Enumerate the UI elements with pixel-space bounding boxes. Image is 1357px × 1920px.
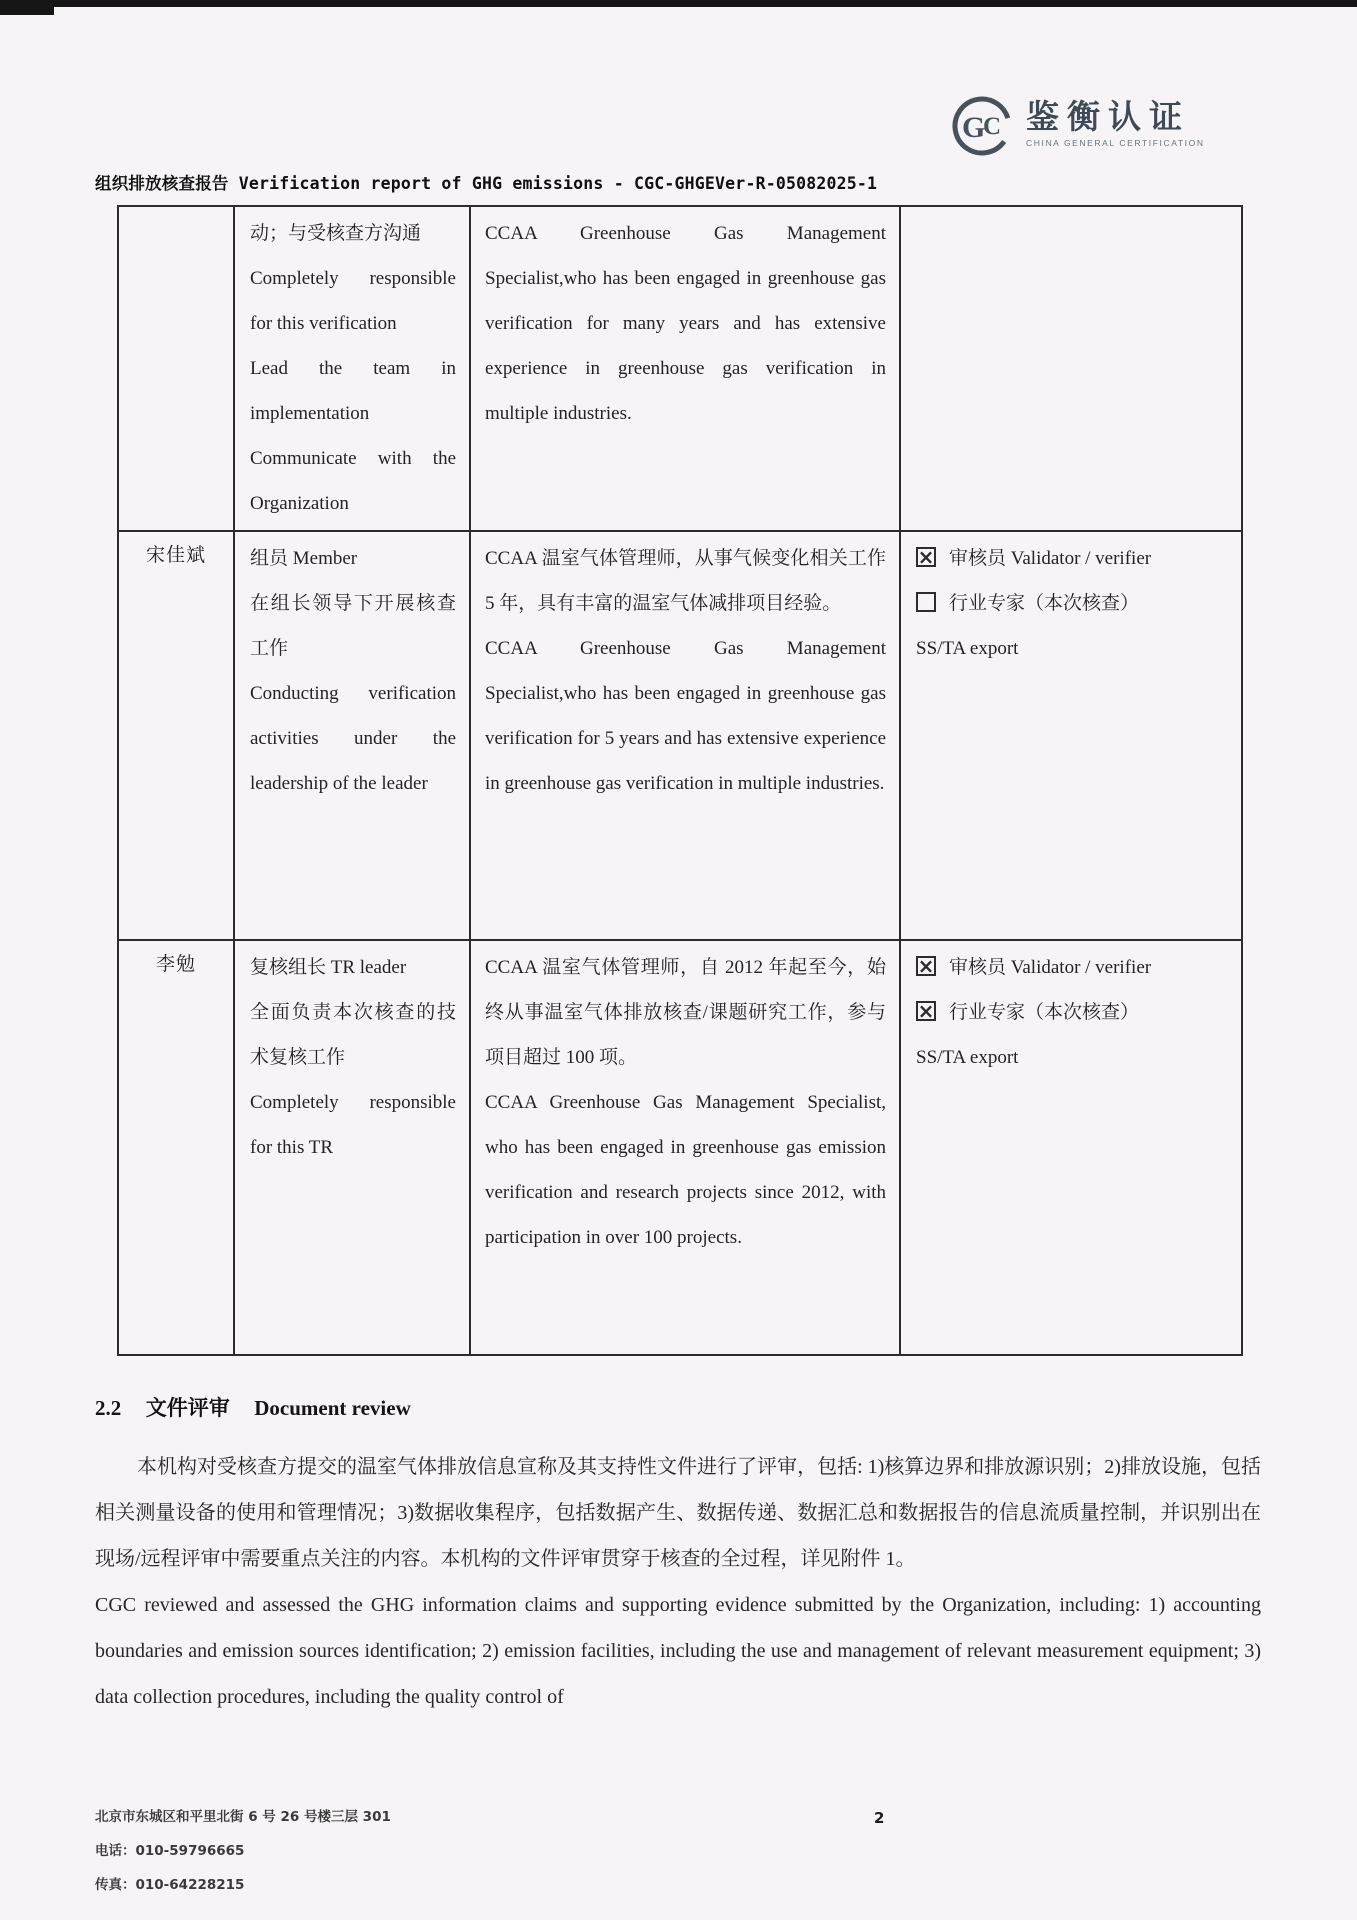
- gc-logo-icon: G C: [950, 94, 1014, 158]
- paragraph-en: CGC reviewed and assessed the GHG inform…: [95, 1582, 1261, 1720]
- member-qualification-cell: CCAA Greenhouse Gas Management Specialis…: [470, 206, 900, 531]
- table-row: 李勉 复核组长 TR leader 全面负责本次核查的技术复核工作 Comple…: [118, 940, 1242, 1355]
- qualification-paragraph: CCAA 温室气体管理师，从事气候变化相关工作 5 年，具有丰富的温室气体减排项…: [485, 536, 886, 626]
- member-designation-cell: 审核员 Validator / verifier 行业专家（本次核查） SS/T…: [900, 940, 1242, 1355]
- member-designation-cell: 审核员 Validator / verifier 行业专家（本次核查） SS/T…: [900, 531, 1242, 940]
- designation-line: 审核员 Validator / verifier: [916, 945, 1231, 990]
- qualification-paragraph: CCAA Greenhouse Gas Management Specialis…: [485, 211, 886, 436]
- role-paragraph: Lead the team in implementation: [250, 346, 456, 436]
- member-role-cell: 组员 Member 在组长领导下开展核查工作 Conducting verifi…: [234, 531, 470, 940]
- member-role-cell: 复核组长 TR leader 全面负责本次核查的技术复核工作 Completel…: [234, 940, 470, 1355]
- designation-label: SS/TA export: [916, 638, 1018, 659]
- role-paragraph: 复核组长 TR leader: [250, 945, 456, 990]
- member-designation-cell: [900, 206, 1242, 531]
- page-number: 2: [874, 1809, 884, 1827]
- footer: 北京市东城区和平里北街 6 号 26 号楼三层 301 电话：010-59796…: [95, 1800, 391, 1902]
- designation-line: SS/TA export: [916, 1035, 1231, 1080]
- scan-edge-corner: [0, 0, 54, 15]
- designation-line: 行业专家（本次核查）: [916, 990, 1231, 1035]
- section-title-zh: 文件评审: [146, 1396, 230, 1420]
- designation-line: 审核员 Validator / verifier: [916, 536, 1231, 581]
- logo-subtitle: CHINA GENERAL CERTIFICATION: [1026, 138, 1205, 148]
- logo-name: 鉴衡认证: [1026, 100, 1205, 133]
- footer-phone: 电话：010-59796665: [95, 1834, 391, 1868]
- team-table: 动；与受核查方沟通 Completely responsible for thi…: [117, 205, 1243, 1356]
- role-paragraph: 在组长领导下开展核查工作: [250, 581, 456, 671]
- member-role-cell: 动；与受核查方沟通 Completely responsible for thi…: [234, 206, 470, 531]
- designation-label: SS/TA export: [916, 1047, 1018, 1068]
- designation-label: 审核员 Validator / verifier: [949, 548, 1151, 569]
- role-paragraph: 全面负责本次核查的技术复核工作: [250, 990, 456, 1080]
- member-name-cell: [118, 206, 234, 531]
- section-document-review: 2.2 文件评审 Document review 本机构对受核查方提交的温室气体…: [95, 1392, 1261, 1720]
- member-qualification-cell: CCAA 温室气体管理师，从事气候变化相关工作 5 年，具有丰富的温室气体减排项…: [470, 531, 900, 940]
- qualification-paragraph: CCAA 温室气体管理师，自 2012 年起至今，始终从事温室气体排放核查/课题…: [485, 945, 886, 1080]
- checkbox-icon: [916, 547, 936, 567]
- checkbox-icon: [916, 956, 936, 976]
- member-name-cell: 宋佳斌: [118, 531, 234, 940]
- footer-fax: 传真：010-64228215: [95, 1868, 391, 1902]
- scan-edge-top: [0, 0, 1357, 7]
- document-page: G C 鉴衡认证 CHINA GENERAL CERTIFICATION 组织排…: [0, 0, 1357, 1920]
- role-paragraph: 动；与受核查方沟通: [250, 211, 456, 256]
- designation-label: 审核员 Validator / verifier: [949, 957, 1151, 978]
- footer-address: 北京市东城区和平里北街 6 号 26 号楼三层 301: [95, 1800, 391, 1834]
- document-title-en: Verification report of GHG emissions - C…: [239, 174, 877, 193]
- document-title: 组织排放核查报告 Verification report of GHG emis…: [95, 170, 1295, 194]
- member-name-cell: 李勉: [118, 940, 234, 1355]
- table-row: 宋佳斌 组员 Member 在组长领导下开展核查工作 Conducting ve…: [118, 531, 1242, 940]
- role-paragraph: Completely responsible for this verifica…: [250, 256, 456, 346]
- role-paragraph: Completely responsible for this TR: [250, 1080, 456, 1170]
- designation-line: SS/TA export: [916, 626, 1231, 671]
- designation-line: 行业专家（本次核查）: [916, 581, 1231, 626]
- designation-label: 行业专家（本次核查）: [949, 1002, 1139, 1023]
- qualification-paragraph: CCAA Greenhouse Gas Management Specialis…: [485, 626, 886, 806]
- cgc-logo: G C 鉴衡认证 CHINA GENERAL CERTIFICATION: [950, 94, 1205, 158]
- logo-text-block: 鉴衡认证 CHINA GENERAL CERTIFICATION: [1026, 94, 1205, 148]
- section-heading: 2.2 文件评审 Document review: [95, 1392, 1261, 1422]
- checkbox-icon: [916, 1001, 936, 1021]
- section-number: 2.2: [95, 1396, 121, 1420]
- document-title-zh: 组织排放核查报告: [95, 174, 229, 193]
- role-paragraph: Communicate with the Organization: [250, 436, 456, 526]
- member-qualification-cell: CCAA 温室气体管理师，自 2012 年起至今，始终从事温室气体排放核查/课题…: [470, 940, 900, 1355]
- role-paragraph: Conducting verification activities under…: [250, 671, 456, 806]
- paragraph-zh: 本机构对受核查方提交的温室气体排放信息宣称及其支持性文件进行了评审，包括: 1)…: [95, 1444, 1261, 1582]
- svg-text:G: G: [962, 111, 985, 144]
- role-paragraph: 组员 Member: [250, 536, 456, 581]
- qualification-paragraph: CCAA Greenhouse Gas Management Specialis…: [485, 1080, 886, 1260]
- designation-label: 行业专家（本次核查）: [949, 593, 1139, 614]
- section-title-en: Document review: [254, 1396, 411, 1420]
- table-row: 动；与受核查方沟通 Completely responsible for thi…: [118, 206, 1242, 531]
- checkbox-icon: [916, 592, 936, 612]
- svg-text:C: C: [983, 113, 1001, 140]
